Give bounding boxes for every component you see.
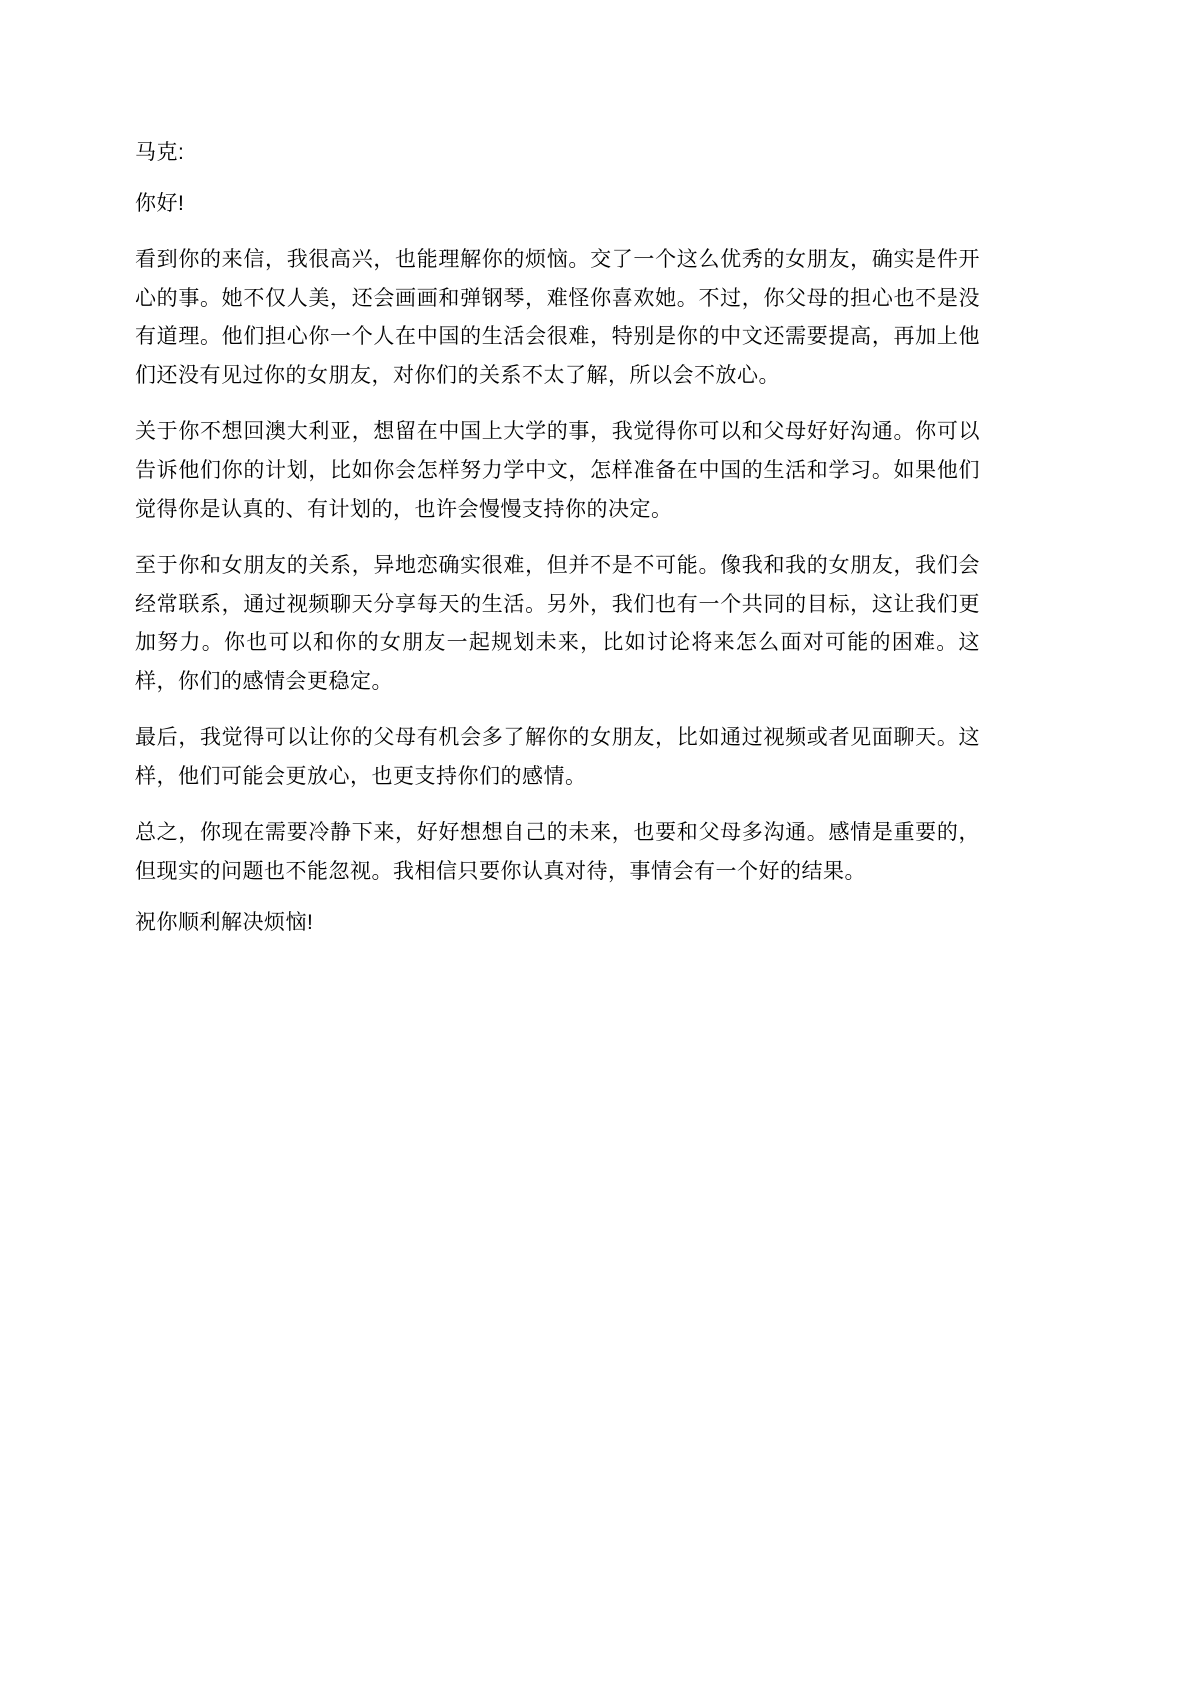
letter-recipient: 马克:	[135, 138, 980, 167]
letter-salutation: 你好!	[135, 189, 980, 218]
letter-paragraph: 至于你和女朋友的关系，异地恋确实很难，但并不是不可能。像我和我的女朋友，我们会经…	[135, 547, 980, 702]
letter-paragraph: 看到你的来信，我很高兴，也能理解你的烦恼。交了一个这么优秀的女朋友，确实是件开心…	[135, 241, 980, 396]
letter-paragraph: 总之，你现在需要冷静下来，好好想想自己的未来，也要和父母多沟通。感情是重要的，但…	[135, 814, 980, 892]
letter-paragraph: 关于你不想回澳大利亚，想留在中国上大学的事，我觉得你可以和父母好好沟通。你可以告…	[135, 413, 980, 530]
letter-document: 马克: 你好! 看到你的来信，我很高兴，也能理解你的烦恼。交了一个这么优秀的女朋…	[0, 0, 1200, 1696]
letter-closing: 祝你顺利解决烦恼!	[135, 908, 980, 937]
letter-paragraph: 最后，我觉得可以让你的父母有机会多了解你的女朋友，比如通过视频或者见面聊天。这样…	[135, 719, 980, 797]
